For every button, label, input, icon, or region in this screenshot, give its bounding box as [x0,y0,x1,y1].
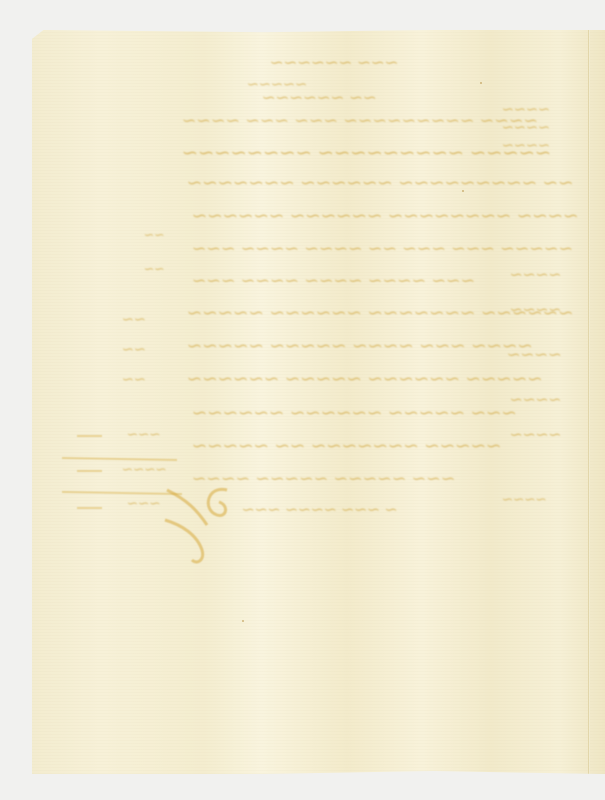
margin-figure: ~~ [122,340,146,358]
rule-line [77,507,102,509]
margin-figure: ~~ [144,262,165,277]
body-line: ~~~~ ~~~ ~~~~ ~~~~~ ~~~~~ [187,335,533,357]
header-line: ~~~ ~~~~~~ [270,53,399,73]
body-line: ~~~ ~~~~~ ~~~~~~ ~~~~~~ [192,402,517,424]
body-line: ~~ ~~~~~~~~~ ~~~~~~ ~~~~~~~ [187,172,574,194]
margin-note: ~~~~ [510,390,562,409]
margin-figure: ~~~ [127,496,161,512]
body-line: ~~~ ~~~~ ~~~~ ~~~~ ~~~ [192,270,475,291]
body-line: ~~~~ ~~~~~~~~ ~~~~~~ ~~~~~~ [192,205,579,227]
manuscript-page: ~~~ ~~~~~~ ~~~~~ ~~ ~~~~~~ ~~~~ ~~~~~~~~… [32,30,605,774]
rule-line [77,470,102,472]
margin-figure: ~~ [122,370,146,388]
margin-note: ~~~~ [502,492,547,508]
body-line: ~~~~~ ~~~~~~~~~ ~~~~~~~~ [182,140,551,164]
margin-note: ~~~~ [510,265,562,284]
body-line: ~ ~~~ ~~~~ ~~~ [242,500,398,519]
header-line: ~~ ~~~~~~ [262,88,377,108]
margin-note: ~~~~ [507,345,562,365]
body-line: ~~~~~ ~~~~~~~ ~~ ~~~~~ [192,435,502,457]
rule-line [77,435,102,437]
paper-speck [242,620,244,622]
margin-figure: ~~~ [127,427,161,443]
margin-figure: ~~~~ [122,462,167,478]
page-fold-edge [588,30,590,774]
margin-note: ~~~~ [502,136,550,154]
signature-flourish [157,480,237,570]
body-line: ~~~~~ ~~~ ~~~ ~~ ~~~~ ~~~~ ~~~ [192,238,573,259]
margin-figure: ~~ [144,228,165,243]
margin-note: ~~~~ [502,118,550,136]
margin-note: ~~~~ [510,425,562,444]
paper-speck [462,190,464,192]
margin-note: ~~~~ [502,100,550,118]
margin-note: ~~~~ [510,300,562,319]
body-line: ~~~~~ ~~~~~~ ~~~~~ ~~~~~~ [187,368,543,390]
paper-speck [152,775,154,777]
rule-line [62,457,177,461]
paper-speck [480,82,482,84]
margin-figure: ~~ [122,310,146,328]
body-line: ~~~~ ~~~~~~~~~ ~~~ ~~~ ~~~~ [182,110,538,131]
